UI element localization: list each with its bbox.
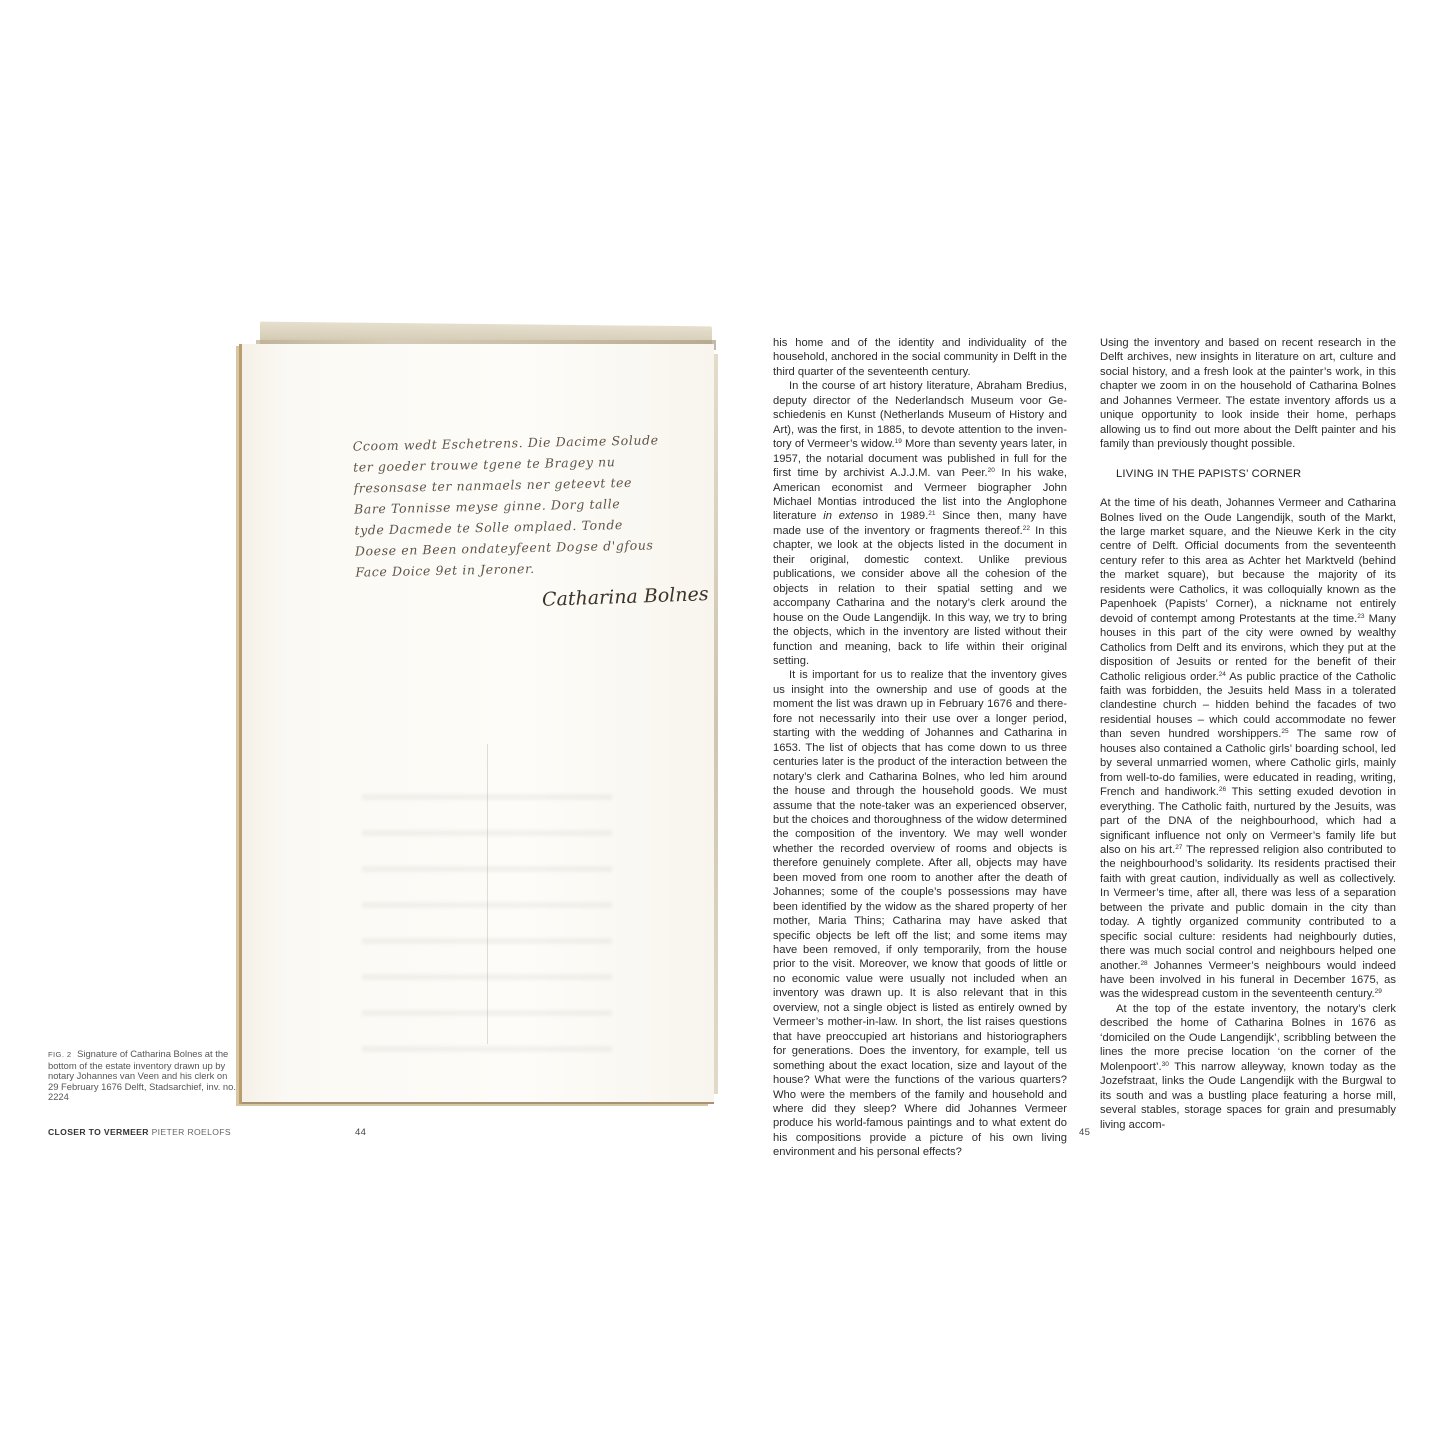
figure-caption-text: Signature of Catharina Bolnes at the bot… (48, 1048, 236, 1102)
manuscript-photo: Ccoom wedt Eschetrens. Die Dacime Solude… (234, 322, 724, 1107)
footnote-ref: 20 (988, 467, 995, 474)
section-body: At the time of his death, Johannes Verme… (1100, 496, 1396, 1132)
footnote-ref: 28 (1140, 960, 1147, 967)
running-title: CLOSER TO VERMEER PIETER ROELOFS (48, 1127, 231, 1137)
footnote-ref: 27 (1175, 844, 1182, 851)
footnote-ref: 25 (1281, 728, 1288, 735)
footnote-ref: 29 (1375, 988, 1382, 995)
footnote-ref: 24 (1219, 671, 1226, 678)
signature: Catharina Bolnes (542, 583, 709, 611)
footnote-ref: 21 (928, 510, 935, 517)
body-paragraph: It is important for us to realize that t… (773, 668, 1067, 1159)
handwritten-text: Ccoom wedt Eschetrens. Die Dacime Solude… (352, 428, 705, 582)
footnote-ref: 26 (1219, 786, 1226, 793)
footnote-ref: 22 (1023, 525, 1030, 532)
body-paragraph: At the top of the estate inventory, the … (1100, 1002, 1396, 1132)
running-title-book: CLOSER TO VERMEER (48, 1127, 149, 1137)
footnote-ref: 19 (895, 438, 902, 445)
figure-caption: FIG. 2 Signature of Catharina Bolnes at … (48, 1049, 238, 1103)
paper-crease (487, 744, 488, 1044)
page-number-left: 44 (355, 1127, 366, 1138)
footnote-ref: 30 (1162, 1061, 1169, 1068)
footnote-ref: 23 (1357, 613, 1364, 620)
body-paragraph: In the course of art history literature,… (773, 379, 1067, 668)
manuscript-leaf: Ccoom wedt Eschetrens. Die Dacime Solude… (242, 344, 714, 1104)
figure-label: FIG. 2 (48, 1050, 72, 1059)
text-column-1: his home and of the identity and individ… (773, 336, 1067, 1160)
intro-paragraph: Using the inventory and based on recent … (1100, 336, 1396, 452)
running-title-author: PIETER ROELOFS (152, 1127, 231, 1137)
body-paragraph: At the time of his death, Johannes Verme… (1100, 496, 1396, 1002)
book-spread: Ccoom wedt Eschetrens. Die Dacime Solude… (0, 0, 1445, 1445)
text-column-2: Using the inventory and based on recent … (1100, 336, 1396, 1132)
page-number-right: 45 (1079, 1127, 1090, 1138)
section-heading: LIVING IN THE PAPISTS’ CORNER (1116, 467, 1396, 481)
body-paragraph: his home and of the identity and individ… (773, 336, 1067, 379)
leaf-edge (714, 354, 718, 1094)
italic-term: in extenso (823, 510, 878, 522)
